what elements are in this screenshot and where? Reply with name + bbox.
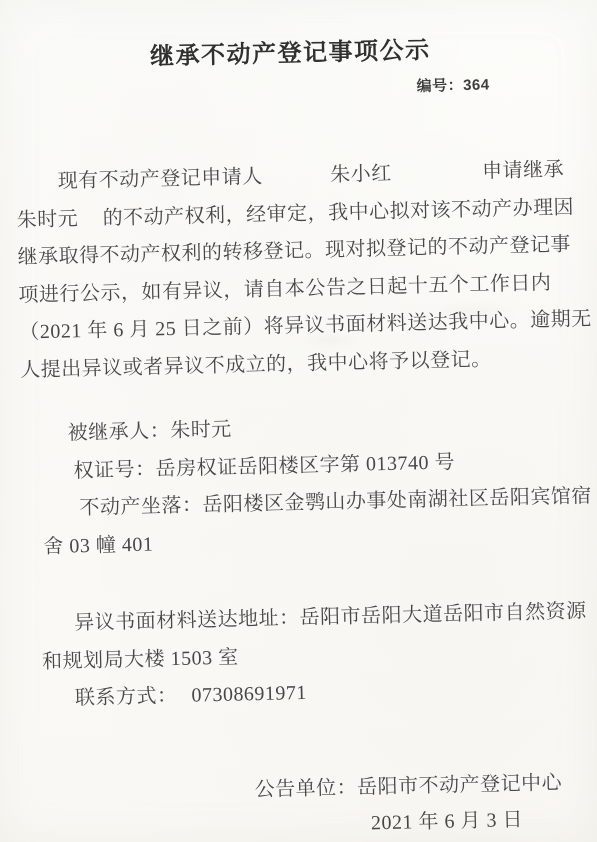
objection-address-label: 异议书面材料送达地址： bbox=[74, 607, 300, 634]
decedent-name-inline: 朱时元 bbox=[16, 208, 78, 231]
footer-section: 公告单位：岳阳市不动产登记中心 2021 年 6 月 3 日 bbox=[9, 764, 597, 842]
line1-prefix: 现有不动产登记申请人 bbox=[58, 166, 263, 193]
applicant-name: 朱小红 bbox=[330, 163, 392, 186]
certificate-value: 岳房权证岳阳楼区字第 013740 号 bbox=[155, 451, 455, 480]
issuer-label: 公告单位： bbox=[254, 777, 357, 801]
doc-number-label: 编号： bbox=[416, 77, 463, 95]
location-label: 不动产坐落： bbox=[79, 494, 202, 519]
issuer-name: 岳阳市不动产登记中心 bbox=[357, 772, 562, 799]
decedent-name: 朱时元 bbox=[170, 419, 232, 442]
notice-content: 继承不动产登记事项公示 编号：364 现有不动产登记申请人 朱小红 申请继承 朱… bbox=[0, 0, 597, 842]
location-value-1: 岳阳楼区金鹗山办事处南湖社区岳阳宾馆宿 bbox=[202, 485, 592, 516]
objection-section: 异议书面材料送达地址：岳阳市岳阳大道岳阳市自然资源 和规划局大楼 1503 室 … bbox=[26, 593, 584, 719]
line1-suffix: 申请继承 bbox=[482, 159, 564, 183]
scanned-notice-page: 继承不动产登记事项公示 编号：364 现有不动产登记申请人 朱小红 申请继承 朱… bbox=[0, 0, 597, 842]
contact-label: 联系方式： bbox=[75, 685, 178, 709]
objection-address-value-1: 岳阳市岳阳大道岳阳市自然资源 bbox=[299, 600, 586, 629]
doc-number-value: 364 bbox=[463, 76, 490, 94]
doc-number: 编号：364 bbox=[416, 73, 490, 96]
notice-title: 继承不动产登记事项公示 bbox=[0, 26, 589, 75]
contact-phone: 07308691971 bbox=[191, 682, 307, 707]
line2-rest: 的不动产权利，经审定，我中心拟对该不动产办理因 bbox=[102, 196, 574, 229]
estate-details-section: 被继承人：朱时元 权证号：岳房权证岳阳楼区字第 013740 号 不动产坐落：岳… bbox=[21, 403, 580, 566]
main-paragraph: 现有不动产登记申请人 朱小红 申请继承 朱时元 的不动产权利，经审定，我中心拟对… bbox=[15, 152, 576, 390]
decedent-label: 被继承人： bbox=[67, 420, 170, 444]
certificate-label: 权证号： bbox=[73, 458, 155, 482]
